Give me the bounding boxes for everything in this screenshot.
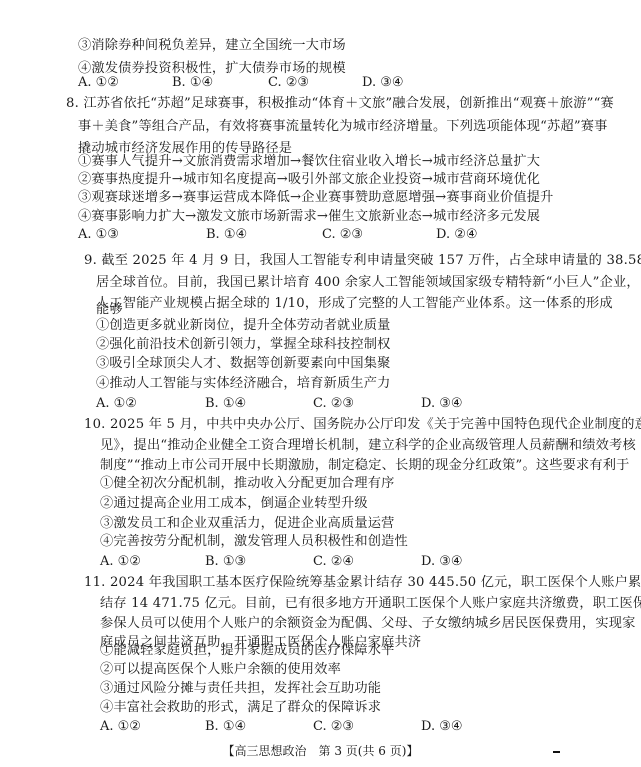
q10-choice-c: C. ②④ bbox=[313, 554, 354, 570]
q8-stem-line-2: 事＋美食”等组合产品，有效将赛事流量转化为城市经济增量。下列选项能体现“苏超”赛… bbox=[78, 119, 608, 135]
q7-choice-c: C. ②③ bbox=[268, 75, 309, 91]
q10-stem-line-3: 制度”“推动上市公司开展中长期激励，制定稳定、长期的现金分红政策”。这些要求有利… bbox=[100, 458, 630, 474]
q9-item-4: ④推动人工智能与实体经济融合，培育新质生产力 bbox=[96, 376, 391, 392]
q10-item-2: ②通过提高企业用工成本，倒逼企业转型升级 bbox=[100, 496, 368, 512]
q8-stem-line-1: 8. 江苏省依托“苏超”足球赛事，积极推动“体育＋文旅”融合发展，创新推出“观赛… bbox=[66, 96, 614, 112]
q9-stem-line-1: 9. 截至 2025 年 4 月 9 日，我国人工智能专利申请量突破 157 万… bbox=[84, 253, 641, 269]
q7-item-3: ③消除券种间税负差异，建立全国统一大市场 bbox=[78, 38, 346, 54]
q8-choice-c: C. ②③ bbox=[322, 227, 363, 243]
q9-stem-line-3: 人工智能产业规模占据全球的 1/10，形成了完整的人工智能产业体系。这一体系的形… bbox=[96, 296, 613, 312]
exam-page: ③消除券种间税负差异，建立全国统一大市场 ④激发债券投资积极性，扩大债券市场的规… bbox=[0, 0, 641, 767]
q10-item-4: ④完善按劳分配机制，激发管理人员积极性和创造性 bbox=[100, 534, 408, 550]
q11-item-1: ①能减轻家庭负担，提升家庭成员的医疗保障水平 bbox=[100, 643, 395, 659]
q7-choice-d: D. ③④ bbox=[362, 75, 404, 91]
q11-item-2: ②可以提高医保个人账户余额的使用效率 bbox=[100, 662, 341, 678]
q8-item-2: ②赛事热度提升→城市知名度提高→吸引外部文旅企业投资→城市营商环境优化 bbox=[78, 172, 540, 188]
q8-choice-b: B. ①④ bbox=[206, 227, 247, 243]
q10-item-3: ③激发员工和企业双重活力，促进企业高质量运营 bbox=[100, 516, 395, 532]
corner-mark bbox=[553, 751, 560, 753]
q9-choice-b: B. ①④ bbox=[205, 396, 246, 412]
q8-item-4: ④赛事影响力扩大→激发文旅市场新需求→催生文旅新业态→城市经济多元发展 bbox=[78, 209, 540, 225]
q11-choice-a: A. ①② bbox=[100, 719, 141, 735]
q11-choice-d: D. ③④ bbox=[421, 719, 463, 735]
q10-stem-line-2: 见》，提出“推动企业健全工资合理增长机制，建立科学的企业高级管理人员薪酬和绩效考… bbox=[100, 438, 636, 454]
q9-stem-line-4: 能够 bbox=[96, 302, 123, 318]
q9-choice-a: A. ①② bbox=[96, 396, 137, 412]
q9-choice-c: C. ②③ bbox=[313, 396, 354, 412]
q7-choice-b: B. ①④ bbox=[172, 75, 213, 91]
q9-item-1: ①创造更多就业新岗位，提升全体劳动者就业质量 bbox=[96, 318, 391, 334]
q10-choice-b: B. ①③ bbox=[205, 554, 246, 570]
q9-item-2: ②强化前沿技术创新引领力，掌握全球科技控制权 bbox=[96, 337, 391, 353]
q9-choice-d: D. ③④ bbox=[421, 396, 463, 412]
q9-stem-line-2: 居全球首位。目前，我国已累计培育 400 余家人工智能领域国家级专精特新“小巨人… bbox=[96, 275, 640, 291]
q10-item-1: ①健全初次分配机制，推动收入分配更加合理有序 bbox=[100, 476, 395, 492]
q11-item-3: ③通过风险分摊与责任共担，发挥社会互助功能 bbox=[100, 681, 381, 697]
q11-choice-c: C. ②③ bbox=[313, 719, 354, 735]
q8-choice-d: D. ②④ bbox=[436, 227, 478, 243]
q11-stem-line-2: 结存 14 471.75 亿元。目前，已有很多地方开通职工医保个人账户家庭共济缴… bbox=[100, 596, 641, 612]
q8-item-1: ①赛事人气提升→文旅消费需求增加→餐饮住宿业收入增长→城市经济总量扩大 bbox=[78, 154, 540, 170]
q11-stem-line-1: 11. 2024 年我国职工基本医疗保险统筹基金累计结存 30 445.50 亿… bbox=[84, 575, 641, 591]
page-footer: 【高三思想政治 第 3 页(共 6 页)】 bbox=[0, 744, 641, 758]
q7-choice-a: A. ①② bbox=[78, 75, 119, 91]
q11-item-4: ④丰富社会救助的形式，满足了群众的保障诉求 bbox=[100, 700, 381, 716]
q10-stem-line-1: 10. 2025 年 5 月，中共中央办公厅、国务院办公厅印发《关于完善中国特色… bbox=[84, 417, 641, 433]
q10-choice-a: A. ①② bbox=[100, 554, 141, 570]
q9-item-3: ③吸引全球顶尖人才、数据等创新要素向中国集聚 bbox=[96, 356, 391, 372]
q8-item-3: ③观赛球迷增多→赛事运营成本降低→企业赛事赞助意愿增强→赛事商业价值提升 bbox=[78, 190, 554, 206]
q10-choice-d: D. ③④ bbox=[421, 554, 463, 570]
q11-choice-b: B. ①④ bbox=[205, 719, 246, 735]
q8-choice-a: A. ①③ bbox=[78, 227, 119, 243]
q11-stem-line-3: 参保人员可以使用个人账户的余额资金为配偶、父母、子女缴纳城乡居民医保费用，实现家 bbox=[100, 616, 636, 632]
